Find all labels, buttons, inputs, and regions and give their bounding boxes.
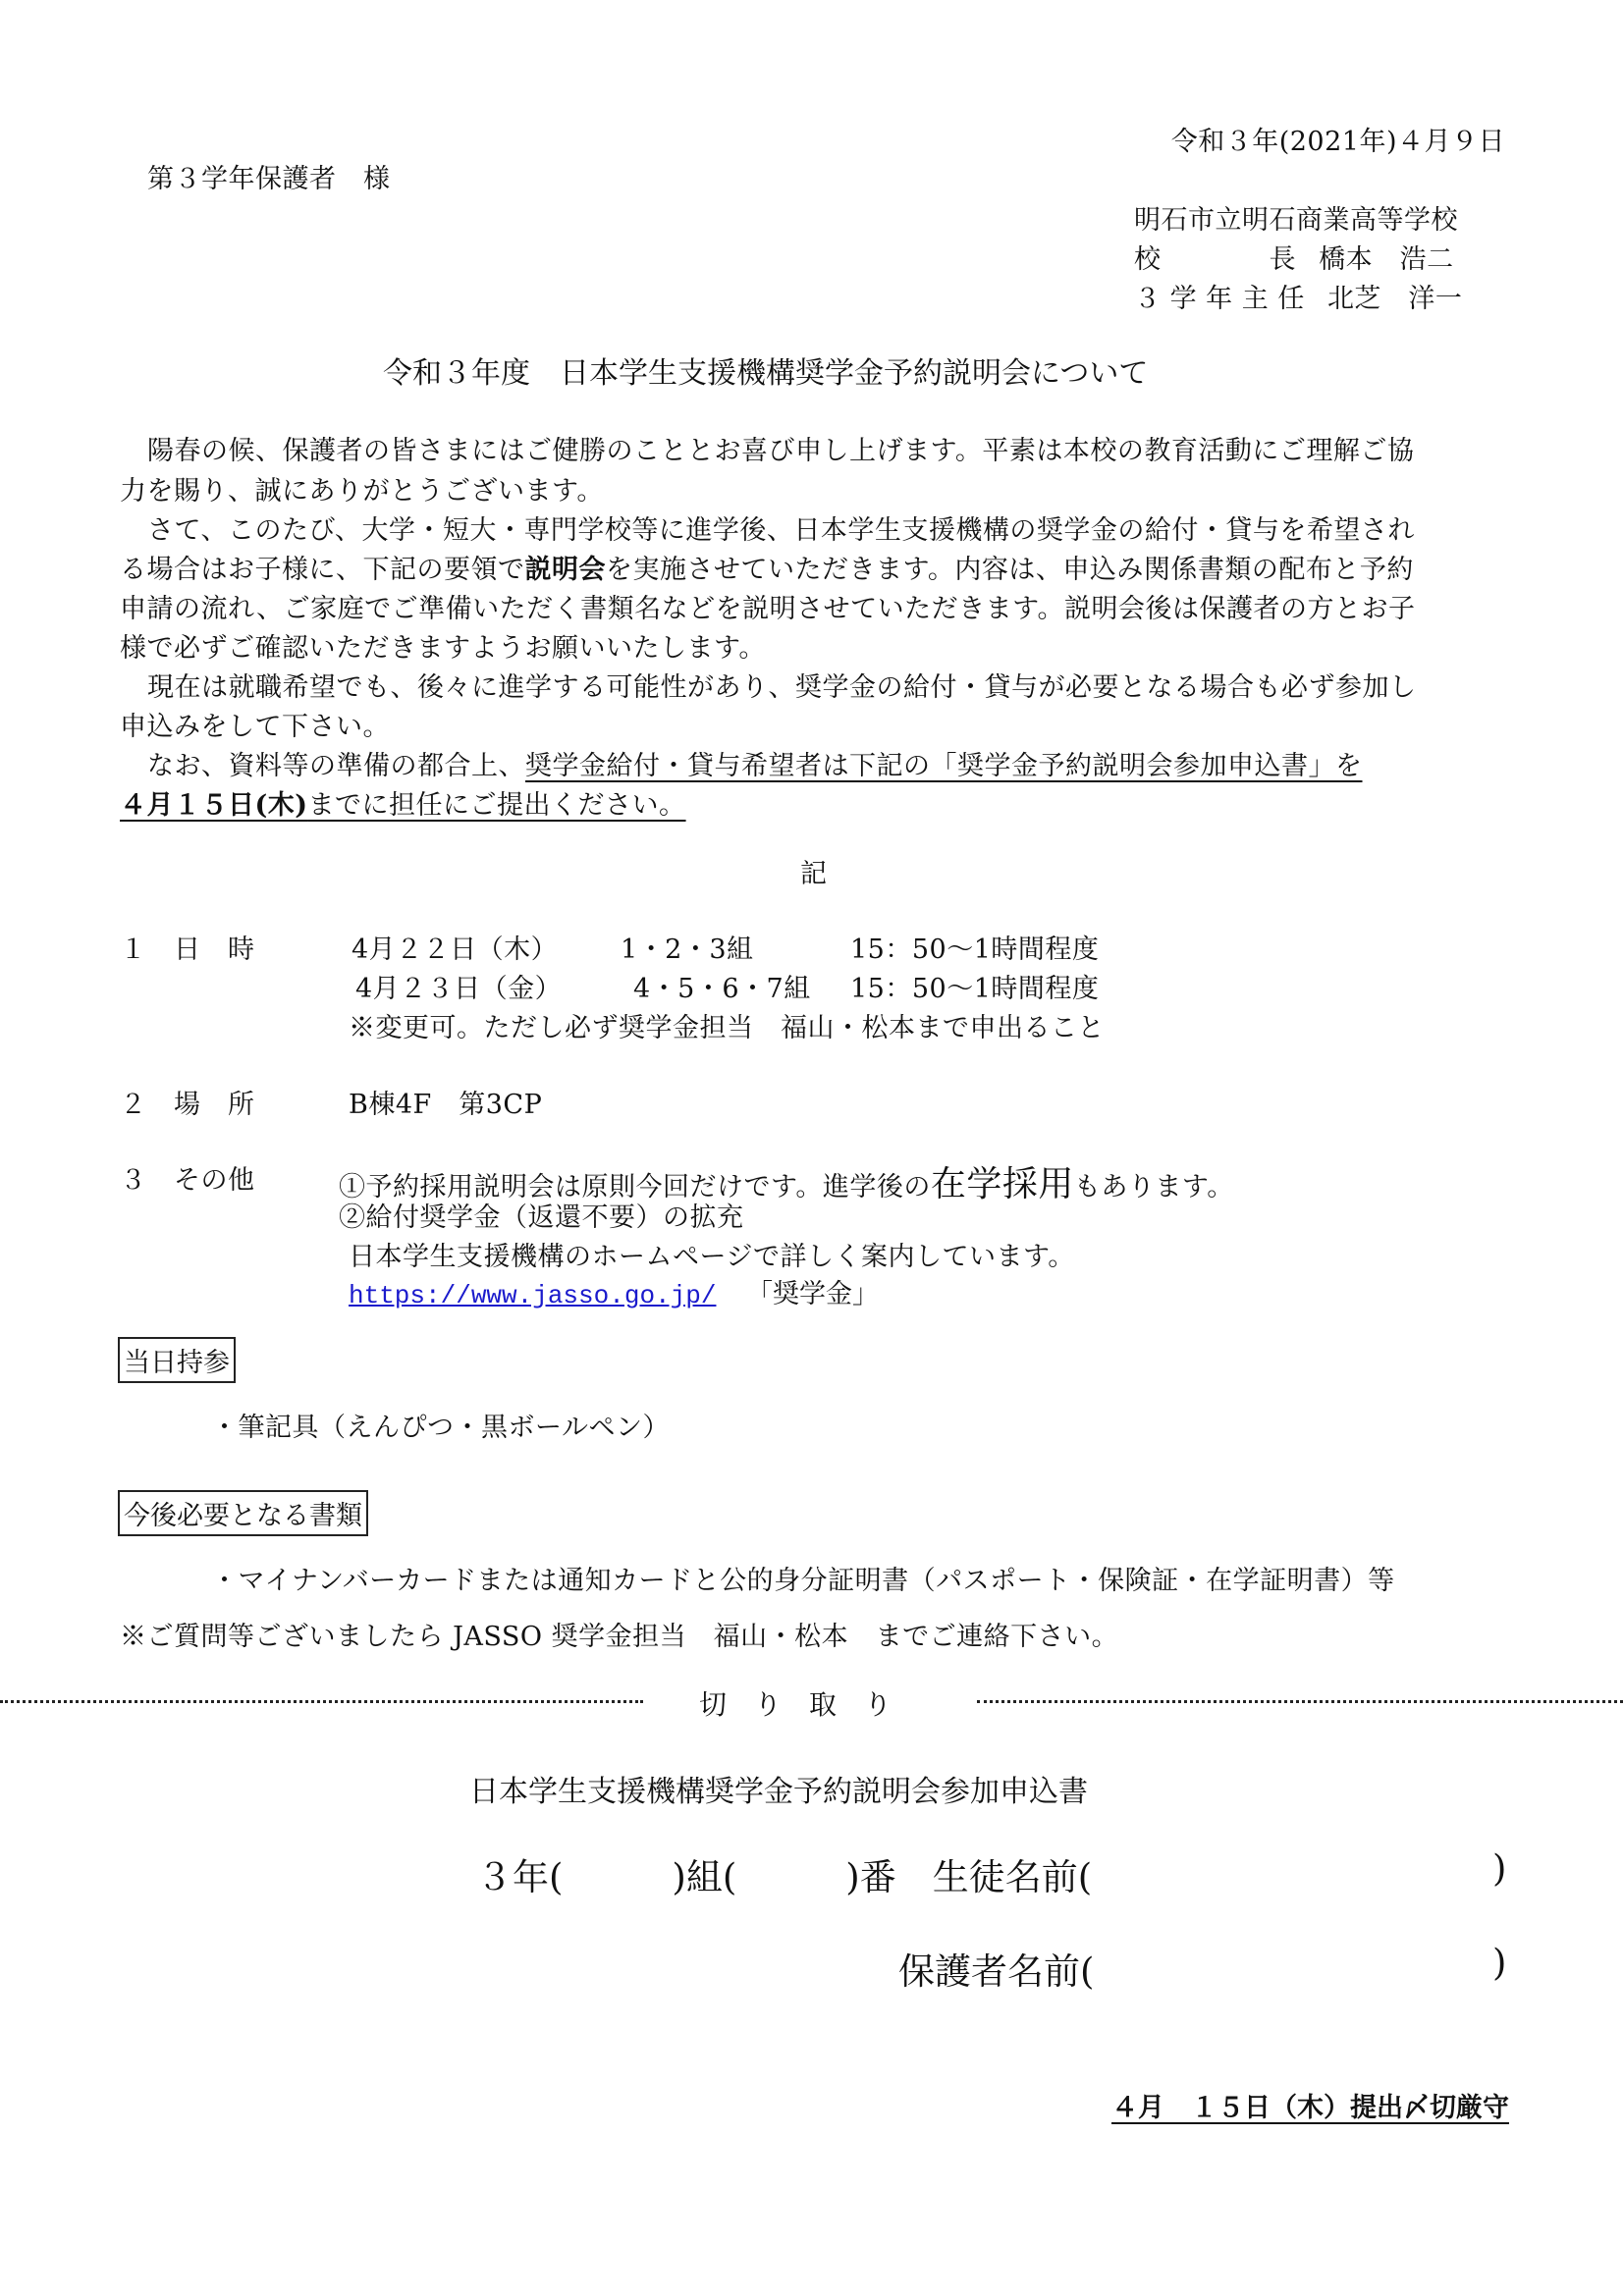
documents-heading: 今後必要となる書類 — [118, 1490, 368, 1536]
student-info-line[interactable]: ３年( )組( )番 生徒名前( — [476, 1847, 1092, 1900]
text: なお、資料等の準備の都合上、 — [147, 751, 525, 781]
jasso-link-line: https://www.jasso.go.jp/ 「奨学金」 — [349, 1272, 879, 1310]
paragraph-1-line-2: 力を賜り、誠にありがとうございます。 — [120, 469, 604, 507]
underlined-request: 奨学金給付・貸与希望者は下記の「奨学金予約説明会参加申込書」を — [525, 751, 1363, 781]
datetime-label: １ 日 時 — [120, 928, 255, 966]
documents-item: ・マイナンバーカードまたは通知カードと公的身分証明書（パスポート・保険証・在学証… — [211, 1559, 1395, 1597]
place-label: ２ 場 所 — [120, 1083, 255, 1121]
page-title: 令和３年度 日本学生支援機構奨学金予約説明会について — [383, 348, 1148, 392]
paragraph-3-line-2: 申込みをして下さい。 — [120, 705, 390, 743]
paragraph-2-line-2: る場合はお子様に、下記の要領で説明会を実施させていただきます。内容は、申込み関係… — [120, 548, 1414, 586]
recipient: 第３学年保護者 様 — [147, 157, 391, 195]
document-date: 令和３年(2021年)４月９日 — [1171, 120, 1505, 158]
datetime-note: ※変更可。ただし必ず奨学金担当 福山・松本まで申出ること — [349, 1006, 1105, 1044]
head-teacher-line: ３ 学 年 主 任 北芝 洋一 — [1134, 277, 1462, 315]
paragraph-2-line-3: 申請の流れ、ご家庭でご準備いただく書類名などを説明させていただきます。説明会後は… — [120, 587, 1415, 625]
in-school-adoption: 在学採用 — [931, 1164, 1074, 1204]
principal-line: 校 長 橋本 浩二 — [1134, 238, 1454, 276]
text: もあります。 — [1074, 1172, 1234, 1202]
form-title: 日本学生支援機構奨学金予約説明会参加申込書 — [469, 1767, 1088, 1810]
paragraph-4-line-1: なお、資料等の準備の都合上、奨学金給付・貸与希望者は下記の「奨学金予約説明会参加… — [147, 744, 1363, 782]
principal-name: 橋本 浩二 — [1319, 244, 1454, 275]
school-name: 明石市立明石商業高等学校 — [1134, 198, 1458, 237]
paragraph-1-line-1: 陽春の候、保護者の皆さまにはご健勝のこととお喜び申し上げます。平素は本校の教育活… — [147, 429, 1414, 467]
paragraph-4-line-2: ４月１５日(木)までに担任にご提出ください。 — [120, 783, 686, 822]
submission-deadline: ４月 １５日（木）提出〆切厳守 — [1111, 2086, 1509, 2124]
datetime-row-1-date: 4月２２日（木） — [352, 928, 558, 966]
student-name-close: ) — [1492, 1847, 1506, 1890]
underlined-submit: までに担任にご提出ください。 — [308, 790, 686, 821]
link-suffix: 「奨学金」 — [746, 1279, 879, 1309]
paragraph-3-line-1: 現在は就職希望でも、後々に進学する可能性があり、奨学金の給付・貸与が必要となる場… — [147, 666, 1417, 704]
deadline-date: ４月１５日(木) — [120, 790, 308, 821]
datetime-row-1-time: 15：50〜1時間程度 — [850, 928, 1099, 966]
other-item-3: 日本学生支援機構のホームページで詳しく案内しています。 — [349, 1235, 1075, 1273]
emphasis-briefing: 説明会 — [525, 555, 607, 585]
bring-heading: 当日持参 — [118, 1337, 236, 1383]
guardian-name-line[interactable]: 保護者名前( — [898, 1942, 1094, 1995]
cut-line-right — [977, 1700, 1623, 1703]
datetime-row-2-time: 15：50〜1時間程度 — [850, 967, 1099, 1005]
ki-heading: 記 — [800, 852, 827, 890]
bring-item: ・筆記具（えんぴつ・黒ボールペン） — [211, 1406, 670, 1444]
principal-title: 校 長 — [1134, 244, 1296, 275]
head-teacher-title: ３ 学 年 主 任 — [1134, 284, 1305, 314]
place-value: B棟4F 第3CP — [349, 1083, 542, 1121]
contact-note: ※ご質問等ございましたら JASSO 奨学金担当 福山・松本 までご連絡下さい。 — [120, 1615, 1118, 1653]
datetime-row-1-class: 1・2・3組 — [621, 928, 754, 966]
other-item-2: ②給付奨学金（返還不要）の拡充 — [339, 1196, 744, 1234]
cut-line-left — [0, 1700, 643, 1703]
datetime-row-2-class: 4・5・6・7組 — [633, 967, 811, 1005]
text: を実施させていただきます。内容は、申込み関係書類の配布と予約 — [606, 555, 1414, 585]
head-teacher-name: 北芝 洋一 — [1327, 284, 1463, 314]
guardian-name-close: ) — [1492, 1942, 1506, 1984]
text: る場合はお子様に、下記の要領で — [120, 555, 525, 585]
jasso-link[interactable]: https://www.jasso.go.jp/ — [349, 1281, 716, 1310]
paragraph-2-line-1: さて、このたび、大学・短大・専門学校等に進学後、日本学生支援機構の奨学金の給付・… — [147, 508, 1415, 547]
datetime-row-2-date: 4月２３日（金） — [355, 967, 562, 1005]
other-label: ３ その他 — [120, 1158, 255, 1197]
cut-label: 切 り 取 り — [699, 1683, 892, 1723]
paragraph-2-line-4: 様で必ずご確認いただきますようお願いいたします。 — [120, 626, 766, 665]
